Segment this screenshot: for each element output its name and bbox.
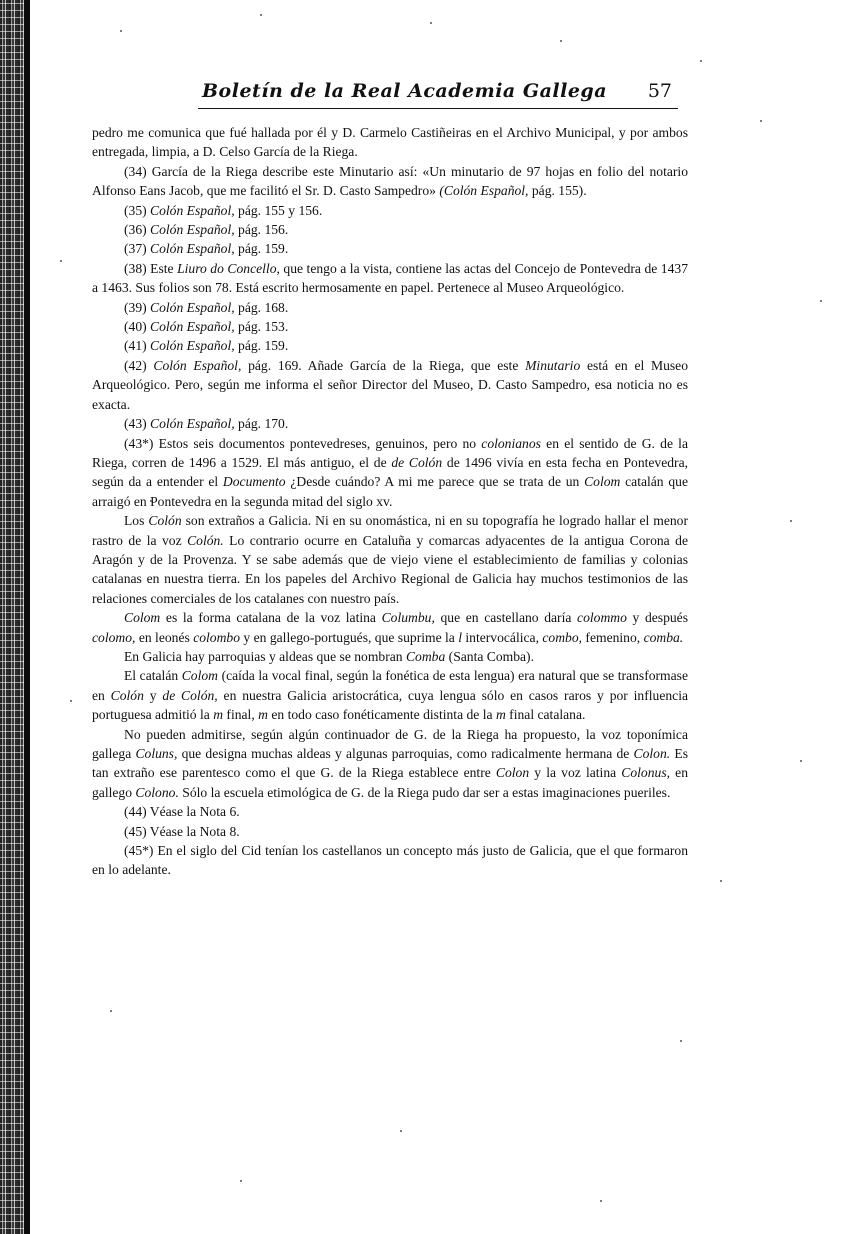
paragraph: El catalán Colom (caída la vocal final, … [92,666,688,724]
paragraph: En Galicia hay parroquias y aldeas que s… [92,647,688,666]
scan-speck [110,1010,112,1012]
scan-speck [720,880,722,882]
paragraph: Los Colón son extraños a Galicia. Ni en … [92,511,688,608]
paragraph: Colom es la forma catalana de la voz lat… [92,608,688,647]
footnote: (39) Colón Español, pág. 168. [92,298,688,317]
scan-speck [260,14,262,16]
journal-title: Boletín de la Real Academia Gallega [202,80,607,102]
footnote: (37) Colón Español, pág. 159. [92,239,688,258]
scan-speck [430,22,432,24]
footnote: (42) Colón Español, pág. 169. Añade Garc… [92,356,688,414]
footnote: (40) Colón Español, pág. 153. [92,317,688,336]
spine-shadow [24,0,30,1234]
scan-speck [760,120,762,122]
scan-speck [800,760,802,762]
page-number: 57 [648,80,672,102]
footnote: (41) Colón Español, pág. 159. [92,336,688,355]
footnote: (43) Colón Español, pág. 170. [92,414,688,433]
scan-speck [790,520,792,522]
paragraph: No pueden admitirse, según algún continu… [92,725,688,803]
footnote: (45) Véase la Nota 8. [92,822,688,841]
footnote: (44) Véase la Nota 6. [92,802,688,821]
scan-speck [560,40,562,42]
scan-speck [400,1130,402,1132]
running-header: Boletín de la Real Academia Gallega 57 [198,78,676,108]
page-body: pedro me comunica que fué hallada por él… [92,123,688,880]
footnote: (34) García de la Riega describe este Mi… [92,162,688,201]
footnote: (35) Colón Español, pág. 155 y 156. [92,201,688,220]
footnote: (38) Este Liuro do Concello, que tengo a… [92,259,688,298]
footnote: (45*) En el siglo del Cid tenían los cas… [92,841,688,880]
header-rule [198,108,678,109]
scan-speck [600,1200,602,1202]
scan-speck [150,500,152,502]
scan-speck [680,1040,682,1042]
scan-speck [240,1180,242,1182]
footnote: (43*) Estos seis documentos pontevedrese… [92,434,688,512]
scan-speck [70,700,72,702]
scan-speck [120,30,122,32]
footnote: (36) Colón Español, pág. 156. [92,220,688,239]
scan-speck [60,260,62,262]
scan-speck [700,60,702,62]
paragraph: pedro me comunica que fué hallada por él… [92,123,688,162]
scan-speck [820,300,822,302]
